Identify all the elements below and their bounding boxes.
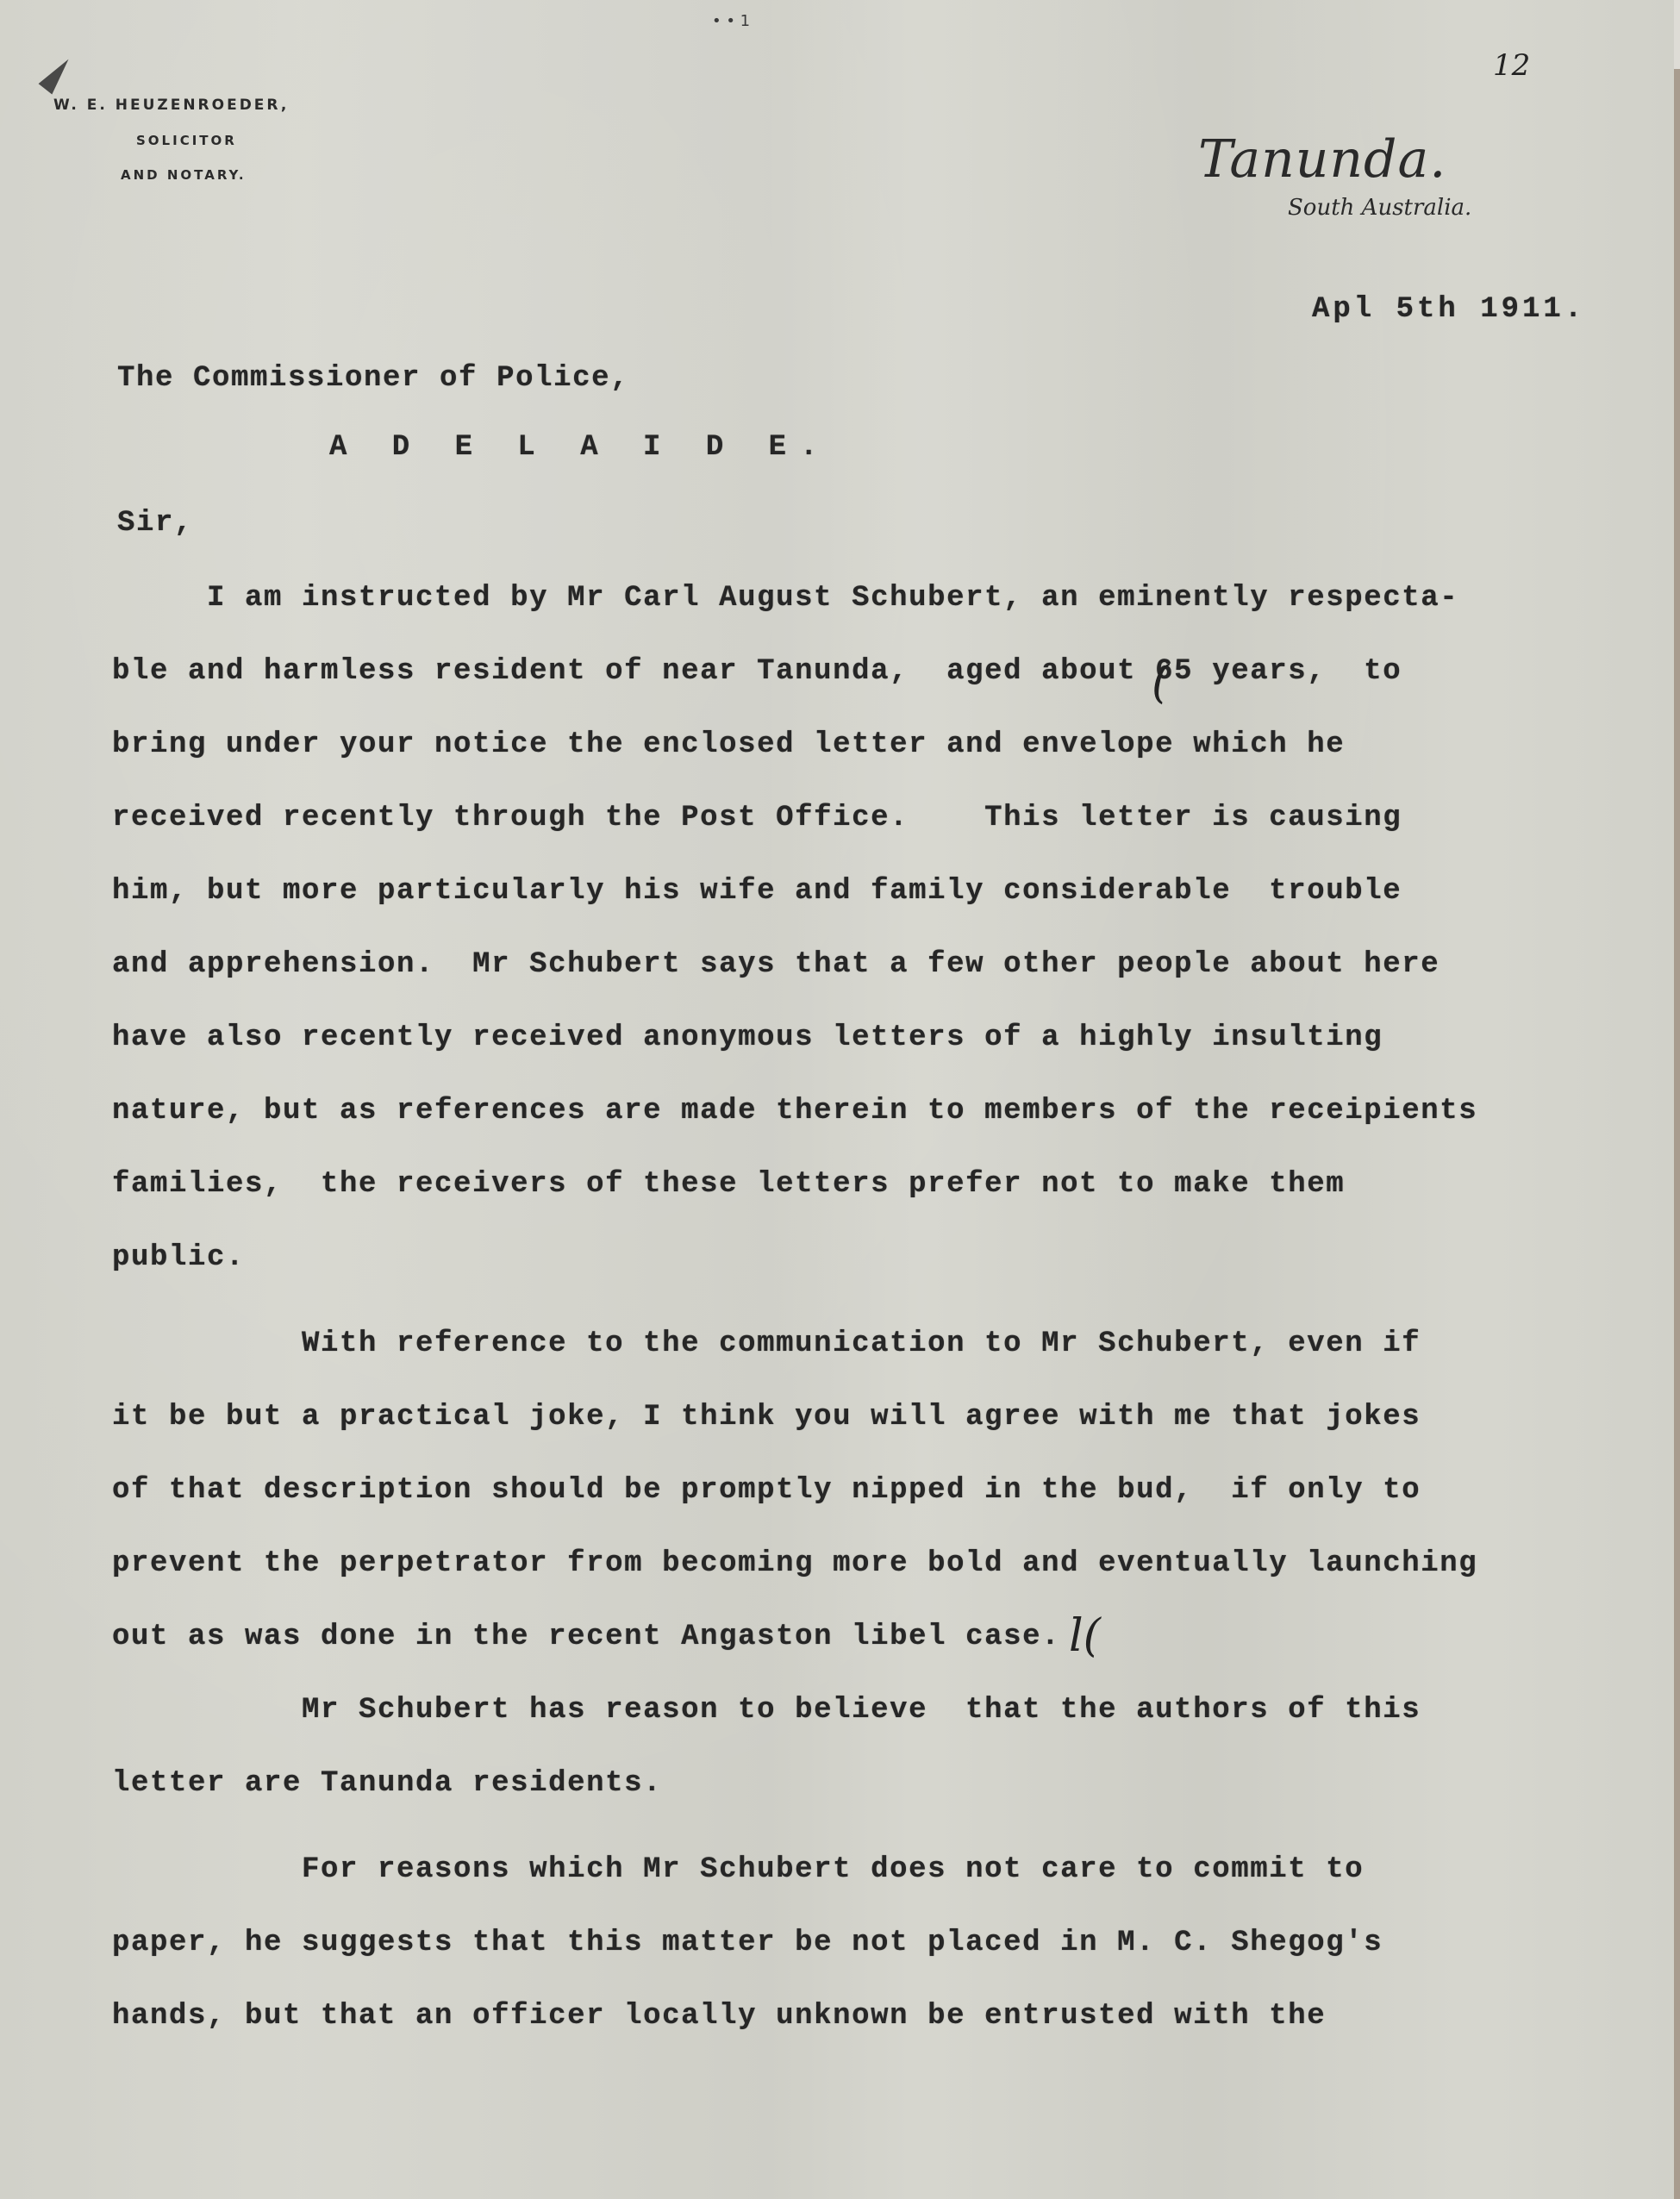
body-line: Mr Schubert has reason to believe that t…	[112, 1694, 1421, 1727]
body-line: hands, but that an officer locally unkno…	[112, 2000, 1326, 2033]
page-number: 12	[1493, 48, 1530, 83]
place-region: South Australia.	[1288, 195, 1471, 221]
letter-date: Apl 5th 1911.	[1312, 293, 1585, 326]
body-line: bring under your notice the enclosed let…	[112, 728, 1345, 761]
body-line: paper, he suggests that this matter be n…	[112, 1927, 1383, 1959]
body-line: him, but more particularly his wife and …	[112, 875, 1402, 908]
body-line: prevent the perpetrator from becoming mo…	[112, 1547, 1477, 1580]
pen-mark-icon	[39, 54, 76, 95]
addressee-line-2: A D E L A I D E.	[329, 431, 831, 464]
letterhead-title-1: SOLICITOR	[136, 133, 237, 148]
place-city: Tanunda.	[1198, 129, 1446, 190]
addressee-line-1: The Commissioner of Police,	[117, 362, 629, 395]
body-line: have also recently received anonymous le…	[112, 1021, 1383, 1054]
body-line: it be but a practical joke, I think you …	[112, 1401, 1421, 1434]
handwritten-correction-libel: l(	[1069, 1610, 1101, 1662]
body-line: families, the receivers of these letters…	[112, 1168, 1345, 1201]
body-line: I am instructed by Mr Carl August Schube…	[112, 582, 1458, 615]
body-line: public.	[112, 1241, 245, 1274]
body-line: nature, but as references are made there…	[112, 1095, 1477, 1128]
body-line: letter are Tanunda residents.	[112, 1767, 662, 1800]
body-line: With reference to the communication to M…	[112, 1328, 1421, 1360]
letterhead-title-2: AND NOTARY.	[121, 167, 247, 183]
body-line: received recently through the Post Offic…	[112, 802, 1402, 834]
body-line: and apprehension. Mr Schubert says that …	[112, 948, 1440, 981]
body-line: ble and harmless resident of near Tanund…	[112, 655, 1402, 688]
page-edge-shadow	[1674, 69, 1680, 2199]
letterhead: W. E. HEUZENROEDER, SOLICITOR AND NOTARY…	[53, 97, 289, 114]
letterhead-name: W. E. HEUZENROEDER,	[53, 97, 289, 114]
handwritten-correction-aged: (	[1152, 657, 1169, 709]
body-line: of that description should be promptly n…	[112, 1474, 1421, 1507]
body-line: out as was done in the recent Angaston l…	[112, 1621, 1060, 1653]
top-center-mark: • • 1	[712, 12, 750, 30]
letter-page: W. E. HEUZENROEDER, SOLICITOR AND NOTARY…	[0, 0, 1674, 2199]
page-edge-top	[1674, 0, 1680, 69]
body-line: For reasons which Mr Schubert does not c…	[112, 1853, 1364, 1886]
salutation: Sir,	[117, 507, 193, 540]
place-block: Tanunda. South Australia.	[1198, 129, 1446, 190]
